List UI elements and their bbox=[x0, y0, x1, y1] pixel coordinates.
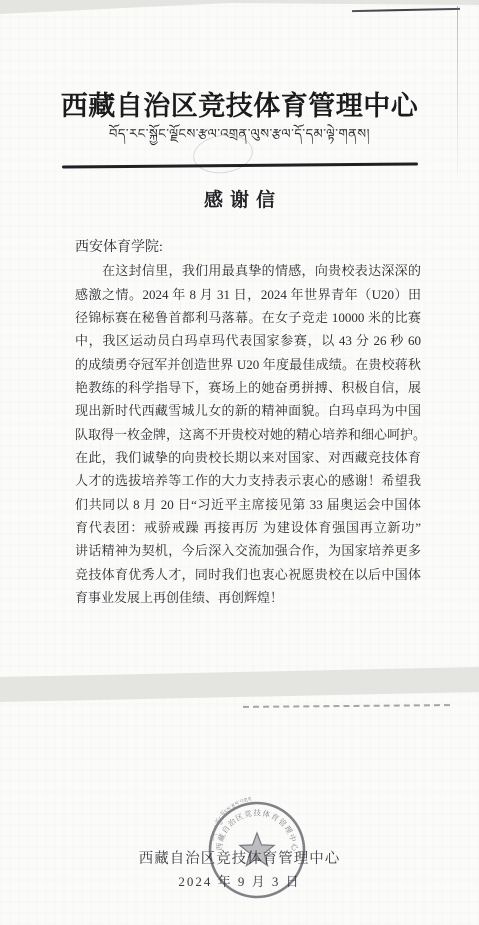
letter-title: 感谢信 bbox=[0, 185, 479, 212]
body-line: 育代表团：戒骄戒躁 再接再厉 为建设体育强国再立新功” bbox=[75, 516, 421, 539]
letter-body: 西安体育学院: 在这封信里，我们用最真挚的情感，向贵校表达深深的 感激之情。20… bbox=[75, 236, 421, 610]
body-line: 的成绩勇夺冠军并创造世界 U20 年度最佳成绩。在贵校蒋秋 bbox=[75, 353, 421, 376]
page-one: 西藏自治区竞技体育管理中心 བོད་རང་སྐྱོང་ལྗོངས་རྩལ་འགྲ… bbox=[0, 0, 479, 678]
body-line: 人才的选拔培养等工作的大力支持表示衷心的感谢！希望我 bbox=[75, 469, 421, 492]
body-line: 队取得一枚金牌，这离不开贵校对她的精心培养和细心呵护。 bbox=[75, 423, 421, 446]
body-line: 在这封信里，我们用最真挚的情感，向贵校表达深深的 bbox=[75, 259, 421, 282]
body-line: 感激之情。2024 年 8 月 31 日，2024 年世界青年（U20）田 bbox=[75, 283, 421, 306]
body-line: 艳教练的科学指导下，赛场上的她奋勇拼搏、积极自信，展 bbox=[75, 376, 421, 399]
signature-date: 2024 年 9 月 3 日 bbox=[0, 871, 479, 890]
body-line: 径锦标赛在秘鲁首都利马落幕。在女子竞走 10000 米的比赛 bbox=[75, 306, 421, 329]
body-line: 在此，我们诚挚的向贵校长期以来对国家、对西藏竞技体育 bbox=[75, 446, 421, 469]
body-line: 现出新时代西藏雪城儿女的新的精神面貌。白玛卓玛为中国 bbox=[75, 399, 421, 422]
salutation: 西安体育学院: bbox=[75, 236, 421, 259]
signature-organization: 西藏自治区竞技体育管理中心 bbox=[0, 847, 479, 868]
body-line: 们共同以 8 月 20 日“习近平主席接见第 33 届奥运会中国体 bbox=[75, 493, 421, 516]
body-line: 育事业发展上再创佳绩、再创辉煌！ bbox=[75, 586, 421, 609]
scan-fold-line bbox=[243, 704, 450, 708]
scanned-letter-view: 西藏自治区竞技体育管理中心 བོད་རང་སྐྱོང་ལྗོངས་རྩལ་འགྲ… bbox=[0, 0, 479, 925]
body-line: 中，我区运动员白玛卓玛代表国家参赛，以 43 分 26 秒 60 bbox=[75, 329, 421, 352]
page-two: བོད་རང་སྐྱོང་ལྗོངས་རྩལ་འགྲན 西藏自治区竞技体育管理中… bbox=[0, 690, 479, 925]
letterhead-title: 西藏自治区竞技体育管理中心 bbox=[0, 84, 479, 123]
body-line: 讲话精神为契机，今后深入交流加强合作，为国家培养更多 bbox=[75, 539, 421, 562]
scanner-artifact-line bbox=[352, 8, 460, 12]
body-line: 竞技体育优秀人才，同时我们也衷心祝愿贵校在以后中国体 bbox=[75, 563, 421, 586]
